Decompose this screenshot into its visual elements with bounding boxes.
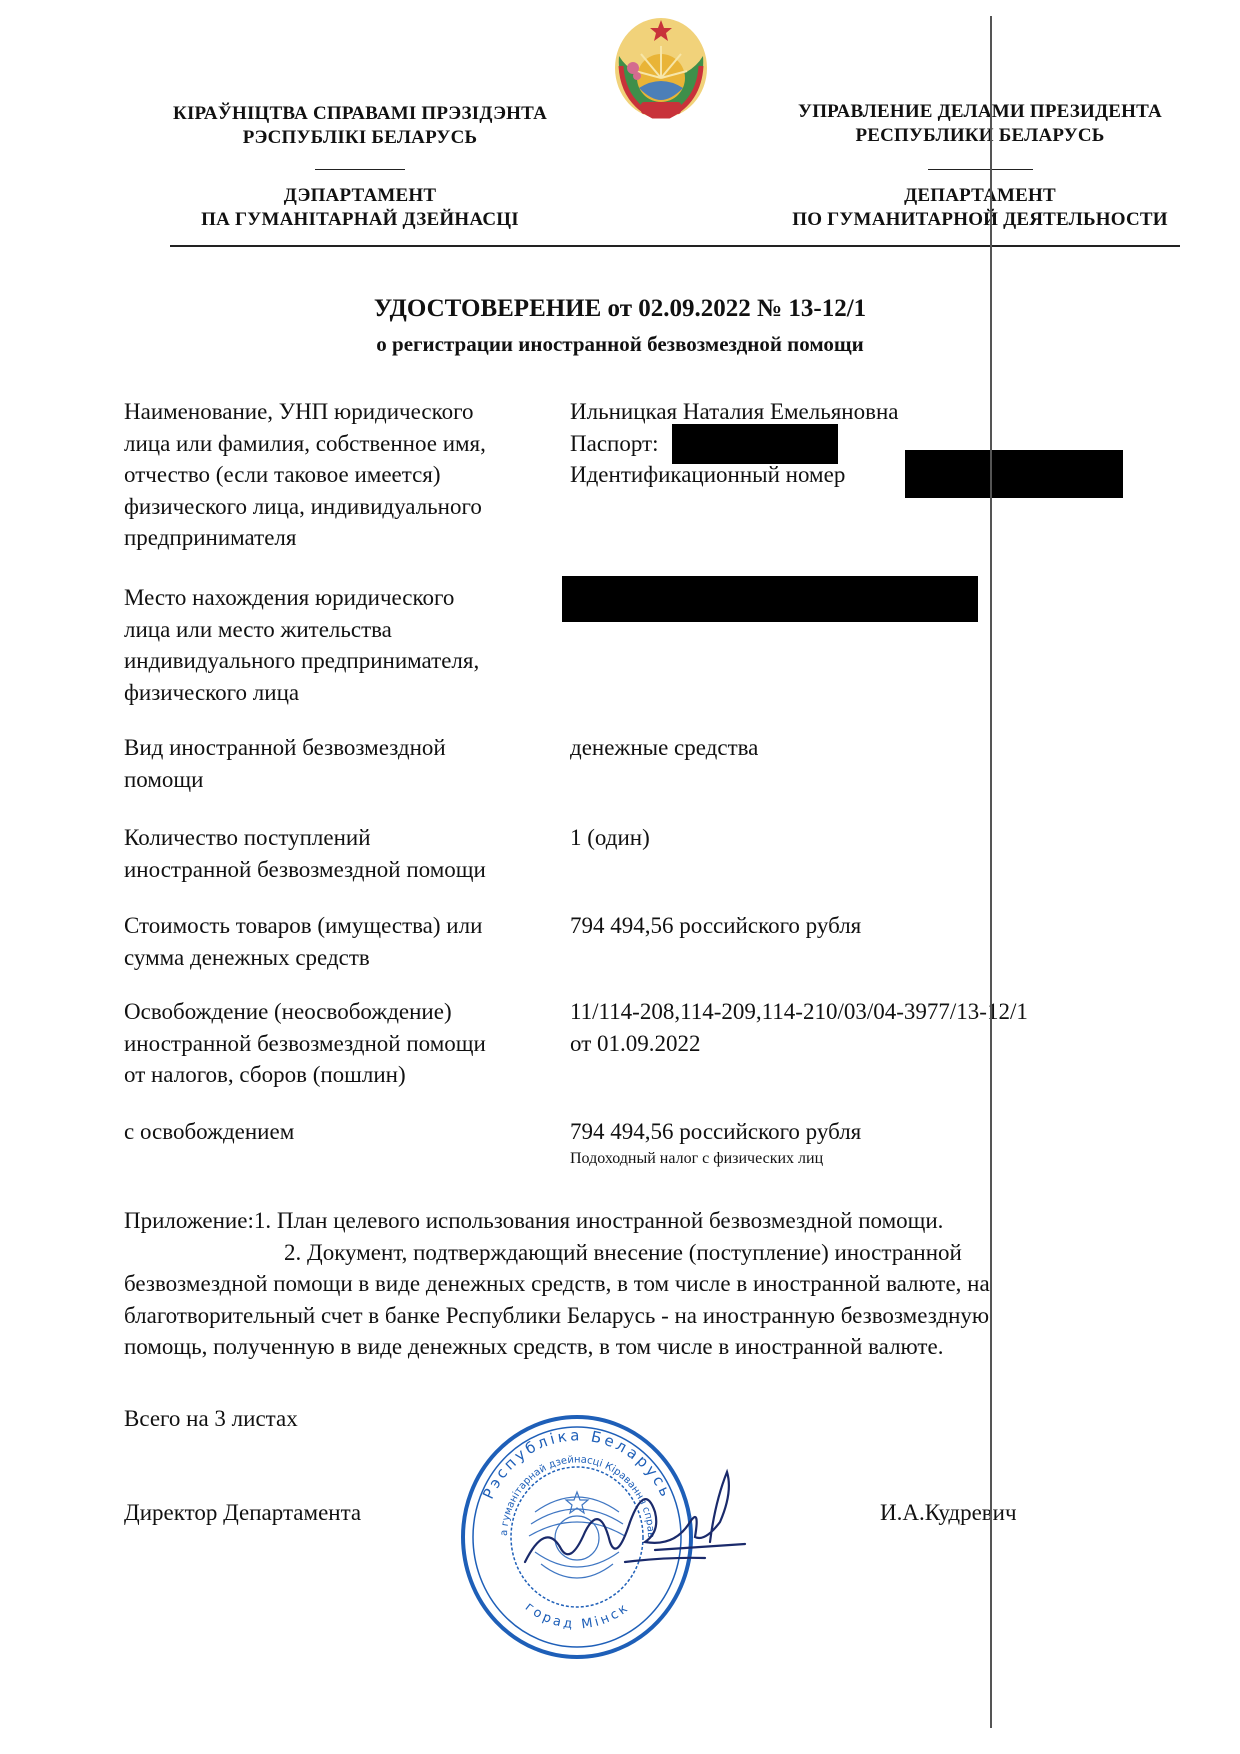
label-line: Освобождение (неосвобождение) bbox=[124, 996, 564, 1028]
exempt-tax-note: Подоходный налог с физических лиц bbox=[570, 1148, 1130, 1170]
header-left-rule bbox=[315, 169, 405, 170]
label-line: иностранной безвозмездной помощи bbox=[124, 1028, 564, 1060]
label-line: Наименование, УНП юридического bbox=[124, 396, 564, 428]
label-with-exemption: с освобождением bbox=[124, 1116, 564, 1148]
attachment-2-cont: помощь, полученную в виде денежных средс… bbox=[124, 1331, 1124, 1363]
header-right: УПРАВЛЕНИЕ ДЕЛАМИ ПРЕЗИДЕНТА РЕСПУБЛИКИ … bbox=[770, 100, 1190, 232]
org-name-be-line1: КІРАЎНІЦТВА СПРАВАМІ ПРЭЗІДЭНТА bbox=[140, 102, 580, 126]
org-name-be-line2: РЭСПУБЛІКІ БЕЛАРУСЬ bbox=[140, 126, 580, 150]
attachment-2-cont: благотворительный счет в банке Республик… bbox=[124, 1300, 1124, 1332]
value-aid-type: денежные средства bbox=[570, 732, 1130, 764]
label-line: Количество поступлений bbox=[124, 822, 564, 854]
label-line: индивидуального предпринимателя, bbox=[124, 645, 564, 677]
value-tax-exemption: 11/114-208,114-209,114-210/03/04-3977/13… bbox=[570, 996, 1130, 1059]
attachments-block: Приложение:1. План целевого использовани… bbox=[124, 1205, 1124, 1363]
document-title: УДОСТОВЕРЕНИЕ от 02.09.2022 № 13-12/1 bbox=[0, 295, 1240, 323]
document-subtitle: о регистрации иностранной безвозмездной … bbox=[0, 332, 1240, 357]
org-name-ru-line2: РЕСПУБЛИКИ БЕЛАРУСЬ bbox=[770, 124, 1190, 148]
org-name-ru-line1: УПРАВЛЕНИЕ ДЕЛАМИ ПРЕЗИДЕНТА bbox=[770, 100, 1190, 124]
value-receipts-count: 1 (один) bbox=[570, 822, 1130, 854]
signatory-name: И.А.Кудревич bbox=[880, 1500, 1017, 1526]
redacted-address bbox=[562, 576, 978, 622]
label-applicant: Наименование, УНП юридического лица или … bbox=[124, 396, 564, 554]
attachment-2-cont: безвозмездной помощи в виде денежных сре… bbox=[124, 1268, 1124, 1300]
label-line: сумма денежных средств bbox=[124, 942, 564, 974]
dept-name-ru-line1: ДЕПАРТАМЕНТ bbox=[770, 184, 1190, 208]
label-line: Место нахождения юридического bbox=[124, 582, 564, 614]
belarus-emblem-icon bbox=[611, 16, 711, 122]
handwritten-signature bbox=[505, 1462, 765, 1582]
label-line: физического лица, индивидуального bbox=[124, 491, 564, 523]
exemption-date: от 01.09.2022 bbox=[570, 1028, 1130, 1060]
label-line: иностранной безвозмездной помощи bbox=[124, 854, 564, 886]
redacted-passport-number bbox=[672, 424, 838, 464]
label-line: предпринимателя bbox=[124, 522, 564, 554]
applicant-name: Ильницкая Наталия Емельяновна bbox=[570, 396, 1130, 428]
attachment-1: Приложение:1. План целевого использовани… bbox=[124, 1205, 1124, 1237]
value-amount: 794 494,56 российского рубля bbox=[570, 910, 1130, 942]
label-receipts-count: Количество поступлений иностранной безво… bbox=[124, 822, 564, 885]
label-address: Место нахождения юридического лица или м… bbox=[124, 582, 564, 708]
dept-name-ru-line2: ПО ГУМАНИТАРНОЙ ДЕЯТЕЛЬНОСТИ bbox=[770, 208, 1190, 232]
attachment-2: 2. Документ, подтверждающий внесение (по… bbox=[124, 1237, 1124, 1269]
label-line: лица или фамилия, собственное имя, bbox=[124, 428, 564, 460]
header-left: КІРАЎНІЦТВА СПРАВАМІ ПРЭЗІДЭНТА РЭСПУБЛІ… bbox=[140, 102, 580, 232]
signatory-position: Директор Департамента bbox=[124, 1500, 361, 1526]
header-divider bbox=[170, 245, 1180, 247]
dept-name-be-line1: ДЭПАРТАМЕНТ bbox=[140, 184, 580, 208]
label-tax-exemption: Освобождение (неосвобождение) иностранно… bbox=[124, 996, 564, 1091]
label-line: от налогов, сборов (пошлин) bbox=[124, 1059, 564, 1091]
exemption-reference: 11/114-208,114-209,114-210/03/04-3977/13… bbox=[570, 996, 1130, 1028]
label-line: физического лица bbox=[124, 677, 564, 709]
label-line: Вид иностранной безвозмездной bbox=[124, 732, 564, 764]
value-with-exemption: 794 494,56 российского рубля Подоходный … bbox=[570, 1116, 1130, 1170]
label-line: лица или место жительства bbox=[124, 614, 564, 646]
label-line: помощи bbox=[124, 764, 564, 796]
label-amount: Стоимость товаров (имущества) или сумма … bbox=[124, 910, 564, 973]
label-line: Стоимость товаров (имущества) или bbox=[124, 910, 564, 942]
dept-name-be-line2: ПА ГУМАНІТАРНАЙ ДЗЕЙНАСЦІ bbox=[140, 208, 580, 232]
label-aid-type: Вид иностранной безвозмездной помощи bbox=[124, 732, 564, 795]
scan-fold-line bbox=[990, 16, 992, 1728]
label-line: отчество (если таковое имеется) bbox=[124, 459, 564, 491]
exempt-amount: 794 494,56 российского рубля bbox=[570, 1116, 1130, 1148]
header-right-rule bbox=[928, 169, 1033, 170]
svg-text:горад Мінск: горад Мінск bbox=[522, 1600, 633, 1633]
redacted-identification-number bbox=[905, 450, 1123, 498]
